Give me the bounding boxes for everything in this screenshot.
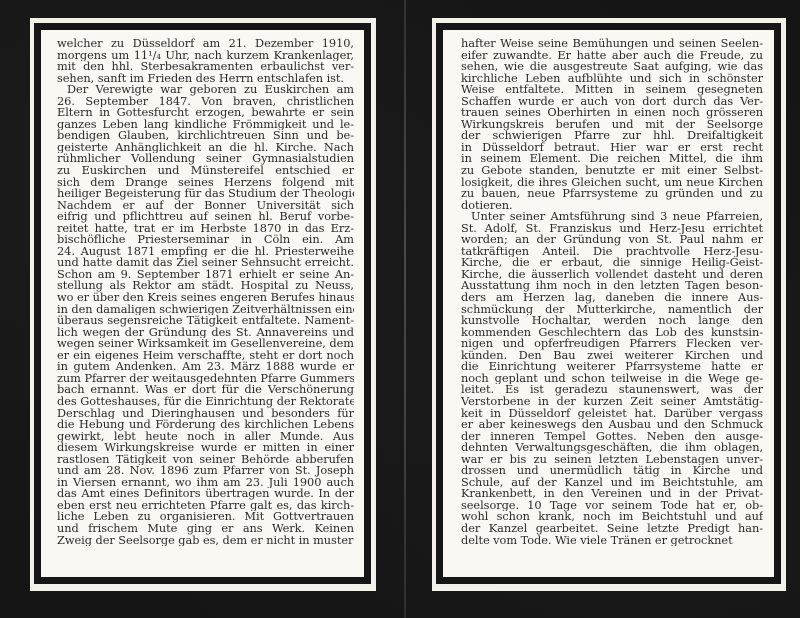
page-text-right: hafter Weise seine Bemühungen und seinen…	[461, 38, 763, 546]
page-text-left: welcher zu Düsseldorf am 21. Dezember 19…	[57, 38, 354, 546]
text-line: in gutem Andenken. Am 23. März 1888 wurd…	[57, 361, 354, 373]
text-line: ganzes Leben lang kindliche Frömmigkeit …	[57, 119, 354, 131]
text-line: nigen und opferfreudigen Pfarrers Flecke…	[461, 338, 763, 350]
text-line: Nachdem er auf der Bonner Universität si…	[57, 200, 354, 212]
text-line: das Amt eines Definitors übertragen wurd…	[57, 488, 354, 500]
text-line: hafter Weise seine Bemühungen und seinen…	[461, 38, 763, 50]
mourning-border-right: hafter Weise seine Bemühungen und seinen…	[436, 23, 781, 584]
text-line: kommenden Geschlechtern das Lob des kuns…	[461, 327, 763, 339]
text-line: keit in Düsseldorf geleistet hat. Darübe…	[461, 408, 763, 420]
text-line: ders am Herzen lag, daneben die innere A…	[461, 292, 763, 304]
text-line: rastlosen Tätigkeit von seiner Behörde a…	[57, 454, 354, 466]
text-line: 24. August 1871 empfing er die hl. Pries…	[57, 246, 354, 258]
text-line: bach ernannt. Was er dort für die Versch…	[57, 384, 354, 396]
text-line: drossen und unermüdlich tätig in Kirche …	[461, 465, 763, 477]
obituary-page-right: hafter Weise seine Bemühungen und seinen…	[432, 18, 786, 591]
text-line: bischöfliche Priesterseminar in Cöln ein…	[57, 234, 354, 246]
text-line: Ausstattung ihm noch in den letzten Tage…	[461, 280, 763, 292]
text-line: Verstorbene in der kurzen Zeit seiner Am…	[461, 396, 763, 408]
text-line: 26. September 1847. Von braven, christli…	[57, 96, 354, 108]
text-line: in Düsseldorf betraut. Hier war er erst …	[461, 142, 763, 154]
text-line: losigkeit, die ihres Gleichen sucht, um …	[461, 177, 763, 189]
text-line: kunstvolle Hochaltar, werden noch lange …	[461, 315, 763, 327]
text-line: stellung als Rektor am städt. Hospital z…	[57, 280, 354, 292]
text-line: sehen, wie die ausgestreute Saat aufging…	[461, 61, 763, 73]
text-line: Wirkungskreis berufen und mit der Seelso…	[461, 119, 763, 131]
text-line: schmückung der Mutterkirche, namentlich …	[461, 304, 763, 316]
text-line: morgens um 11¹/₄ Uhr, nach kurzem Kranke…	[57, 50, 354, 62]
text-line: die Einrichtung weiterer Pfarrsysteme ha…	[461, 361, 763, 373]
text-line: die Hebung und Förderung des kirchlichen…	[57, 419, 354, 431]
text-line: gewirkt, lebt heute noch in aller Munde.…	[57, 431, 354, 443]
text-line: Der Verewigte war geboren zu Euskirchen …	[57, 84, 354, 96]
text-line: zum Pfarrer der weitausgedehnten Pfarre …	[57, 373, 354, 385]
fold-line	[404, 0, 406, 618]
text-line: zu bauen, neue Pfarrsysteme zu gründen u…	[461, 188, 763, 200]
text-line: in den damaligen schwierigen Zeitverhält…	[57, 304, 354, 316]
text-line: er aber keineswegs den Ausbau und den Sc…	[461, 419, 763, 431]
text-line: dotieren.	[461, 200, 763, 212]
text-line: Unter seiner Amtsführung sind 3 neue Pfa…	[461, 211, 763, 223]
text-line: wo er über den Kreis seines engeren Beru…	[57, 292, 354, 304]
text-line: in seinem Element. Die reichen Mittel, d…	[461, 153, 763, 165]
text-line: Schon am 9. September 1871 erhielt er se…	[57, 269, 354, 281]
text-line: eifer zuwandte. Er hatte aber auch die F…	[461, 50, 763, 62]
text-line: er ein eigenes Heim verschaffte, steht e…	[57, 350, 354, 362]
text-line: Kirche, die äusserlich vollendet dasteht…	[461, 269, 763, 281]
text-line: Derschlag und Dieringhausen und besonder…	[57, 408, 354, 420]
text-line: dehnten Verwaltungsgeschäften, die ihm o…	[461, 442, 763, 454]
text-line: geisterte Anhänglichkeit an die hl. Kirc…	[57, 142, 354, 154]
text-line: rühmlicher Vollendung seiner Gymnasialst…	[57, 153, 354, 165]
obituary-page-left: welcher zu Düsseldorf am 21. Dezember 19…	[30, 18, 376, 591]
text-line: zu Gebote standen, benutzte er mit einer…	[461, 165, 763, 177]
text-line: bendigen Glauben, kirchlichtreuen Sinn u…	[57, 130, 354, 142]
text-line: sehen, sanft im Frieden des Herrn entsch…	[57, 73, 354, 85]
text-line: seelsorge. 10 Tage vor seinem Tode hat e…	[461, 500, 763, 512]
text-line: des Gotteshauses, für die Einrichtung de…	[57, 396, 354, 408]
text-line: tatkräftigen Anteil. Die prachtvolle Her…	[461, 246, 763, 258]
text-line: zu Euskirchen und Münstereifel entschied…	[57, 165, 354, 177]
text-line: delte vom Tode. Wie viele Tränen er getr…	[461, 535, 763, 547]
text-line: Schule, auf der Kanzel und im Beichtstuh…	[461, 477, 763, 489]
text-line: liche Leben zu organisieren. Mit Gottver…	[57, 511, 354, 523]
text-line: und hatte damit das Ziel seiner Sehnsuch…	[57, 257, 354, 269]
text-line: eifrig und pflichttreu auf seinen hl. Be…	[57, 211, 354, 223]
text-line: war er bis zu seinen letzten Lebenstagen…	[461, 454, 763, 466]
text-line: kirchliche Leben aufblühte und sich in s…	[461, 73, 763, 85]
text-line: reitet hatte, trat er im Herbste 1870 in…	[57, 223, 354, 235]
text-line: Kirche, die er erbaut, die sinnige Heili…	[461, 257, 763, 269]
text-line: der inneren Tempel Gottes. Neben den aus…	[461, 431, 763, 443]
text-line: Schaffen wurde er auch von dort durch da…	[461, 96, 763, 108]
text-line: Krankenbett, in den Vereinen und in der …	[461, 488, 763, 500]
text-line: leitet. Es ist geradezu staunenswert, wa…	[461, 384, 763, 396]
text-line: Eltern in Gottesfurcht erzogen, bewahrte…	[57, 107, 354, 119]
text-line: der schwierigen Pfarre zur hhl. Dreifalt…	[461, 130, 763, 142]
text-line: der Kanzel gearbeitet. Seine letzte Pred…	[461, 523, 763, 535]
text-line: wegen seiner Wirksamkeit im Gesellenvere…	[57, 338, 354, 350]
text-line: noch geplant und schon teilweise in die …	[461, 373, 763, 385]
text-line: Zweig der Seelsorge gab es, dem er nicht…	[57, 535, 354, 547]
text-line: sich dem Drange seines Herzens folgend m…	[57, 177, 354, 189]
text-line: Weise entfaltete. Mitten in seinem geseg…	[461, 84, 763, 96]
text-line: künden. Den Bau zwei weiterer Kirchen un…	[461, 350, 763, 362]
text-line: welcher zu Düsseldorf am 21. Dezember 19…	[57, 38, 354, 50]
text-line: eben erst neu errichteten Pfarre galt es…	[57, 500, 354, 512]
text-line: trauen seines Oberhirten in einen noch g…	[461, 107, 763, 119]
text-line: lich wegen der Gründung des St. Annavere…	[57, 327, 354, 339]
text-line: in Viersen ernannt, wo ihm am 23. Juli 1…	[57, 477, 354, 489]
text-line: heiliger Begeisterung für das Studium de…	[57, 188, 354, 200]
text-line: wohl schon krank, noch im Beichtstuhl un…	[461, 511, 763, 523]
text-line: überaus segensreiche Tätigkeit entfaltet…	[57, 315, 354, 327]
text-line: St. Adolf, St. Franziskus und Herz-Jesu …	[461, 223, 763, 235]
text-line: und am 28. Nov. 1896 zum Pfarrer von St.…	[57, 465, 354, 477]
mourning-border-left: welcher zu Düsseldorf am 21. Dezember 19…	[34, 23, 371, 584]
text-line: mit den hhl. Sterbesakramenten erbaulich…	[57, 61, 354, 73]
text-line: und frischem Mute ging er ans Werk. Kein…	[57, 523, 354, 535]
text-line: diesem Wirkungskreise wurde er mitten in…	[57, 442, 354, 454]
text-line: worden; an der Gründung von St. Paul nah…	[461, 234, 763, 246]
